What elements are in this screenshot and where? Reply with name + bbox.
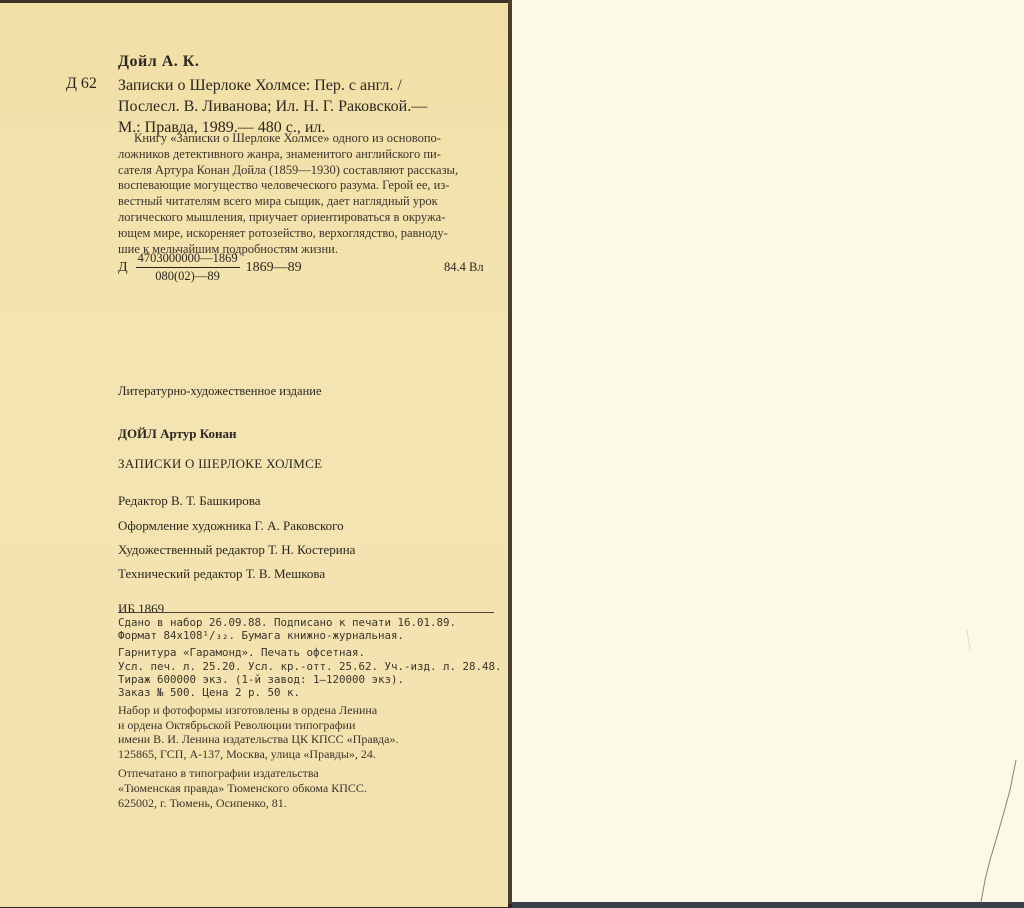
divider [118, 612, 494, 613]
right-page-blank [512, 0, 1024, 902]
biblio-line: Послесл. В. Ливанова; Ил. Н. Г. Раковско… [118, 96, 427, 117]
index-numerator: 4703000000—1869 [136, 251, 240, 268]
annotation-line: сателя Артура Конан Дойла (1859—1930) со… [118, 163, 458, 179]
annotation-line: вестный читателям всего мира сыщик, дает… [118, 194, 458, 210]
ib-number: ИБ 1869 [118, 601, 164, 617]
tech-line: Сдано в набор 26.09.88. Подписано к печа… [118, 616, 502, 629]
index-letter: Д [118, 260, 128, 276]
index-code: 1869—89 [246, 260, 302, 276]
technical-data: Сдано в набор 26.09.88. Подписано к печа… [118, 616, 502, 699]
print-line: Набор и фотоформы изготовлены в ордена Л… [118, 703, 398, 718]
classification-code: Д 62 [66, 75, 97, 93]
book-title: ЗАПИСКИ О ШЕРЛОКЕ ХОЛМСЕ [118, 456, 322, 472]
author-header: Дойл А. К. [118, 53, 199, 71]
annotation: Книгу «Записки о Шерлоке Холмсе» одного … [118, 131, 458, 257]
print-line: имени В. И. Ленина издательства ЦК КПСС … [118, 732, 398, 747]
tech-line: Заказ № 500. Цена 2 р. 50 к. [118, 686, 502, 699]
genre-label: Литературно-художественное издание [118, 384, 322, 399]
biblio-line: Записки о Шерлоке Холмсе: Пер. с англ. / [118, 75, 427, 96]
tech-line: Гарнитура «Гарамонд». Печать офсетная. [118, 646, 502, 659]
page-bottom-edge [512, 902, 1024, 908]
catalog-index: Д 4703000000—1869 080(02)—89 1869—89 [118, 251, 302, 284]
tech-line: Формат 84х108¹/₃₂. Бумага книжно-журналь… [118, 629, 502, 642]
bibliographic-entry: Записки о Шерлоке Холмсе: Пер. с англ. /… [118, 75, 427, 138]
annotation-line: логического мышления, приучает ориентиро… [118, 210, 458, 226]
bbk-code: 84.4 Вл [444, 260, 484, 275]
annotation-line: ложников детективного жанра, знаменитого… [118, 147, 458, 163]
print-line: 625002, г. Тюмень, Осипенко, 81. [118, 796, 398, 811]
left-page: Дойл А. К. Д 62 Записки о Шерлоке Холмсе… [0, 0, 508, 907]
print-line: «Тюменская правда» Тюменского обкома КПС… [118, 781, 398, 796]
tech-line: Усл. печ. л. 25.20. Усл. кр.-отт. 25.62.… [118, 660, 502, 673]
annotation-line: Книгу «Записки о Шерлоке Холмсе» одного … [118, 131, 458, 147]
annotation-line: воспевающие могущество человеческого раз… [118, 178, 458, 194]
print-line: Отпечатано в типографии издательства [118, 766, 398, 781]
print-line: и ордена Октябрьской Революции типографи… [118, 718, 398, 733]
annotation-line: ющем мире, искореняет ротозейство, верхо… [118, 226, 458, 242]
credit-art-editor: Художественный редактор Т. Н. Костерина [118, 542, 355, 558]
author-full-name: ДОЙЛ Артур Конан [118, 426, 237, 442]
tech-line: Тираж 600000 экз. (1-й завод: 1—120000 э… [118, 673, 502, 686]
index-denominator: 080(02)—89 [155, 268, 220, 284]
printing-info: Набор и фотоформы изготовлены в ордена Л… [118, 703, 398, 810]
credit-designer: Оформление художника Г. А. Раковского [118, 518, 344, 534]
print-line: 125865, ГСП, А-137, Москва, улица «Правд… [118, 747, 398, 762]
credit-tech-editor: Технический редактор Т. В. Мешкова [118, 566, 325, 582]
index-fraction: 4703000000—1869 080(02)—89 [136, 251, 240, 284]
credit-editor: Редактор В. Т. Башкирова [118, 493, 261, 509]
